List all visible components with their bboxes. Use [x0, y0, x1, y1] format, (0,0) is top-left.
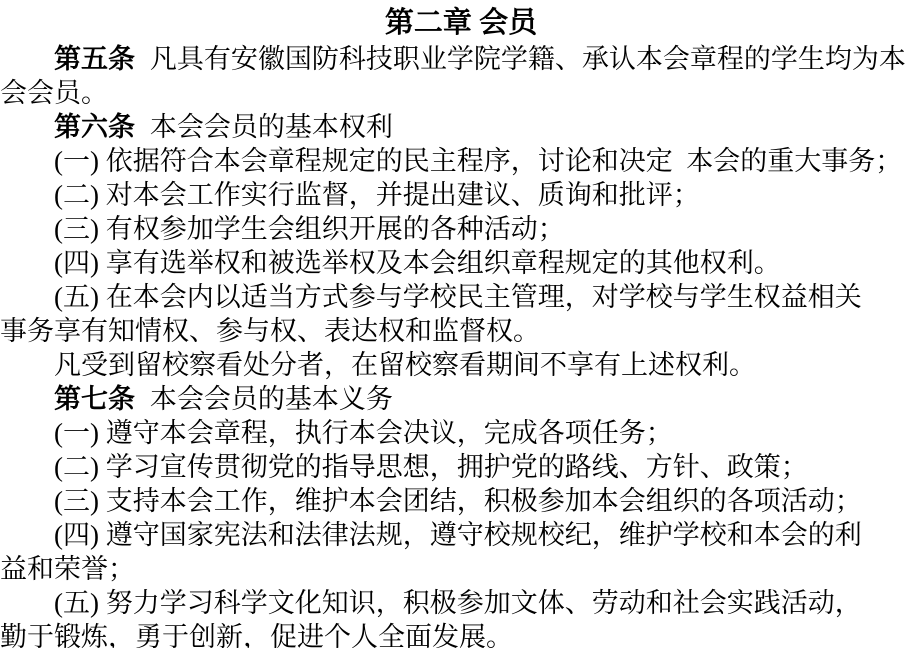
line-text: (四) 遵守国家宪法和法律法规，遵守校规校纪，维护学校和本会的利	[54, 520, 862, 550]
text-line: (二) 对本会工作实行监督，并提出建议、质询和批评；	[0, 178, 922, 212]
line-text: 本会会员的基本权利	[150, 112, 393, 142]
text-line: 会会员。	[0, 76, 922, 110]
text-line: 凡受到留校察看处分者，在留校察看期间不享有上述权利。	[0, 348, 922, 382]
line-text: (二) 对本会工作实行监督，并提出建议、质询和批评；	[54, 180, 700, 210]
line-text: (三) 支持本会工作，维护本会团结，积极参加本会组织的各项活动；	[54, 486, 862, 516]
line-text: 勤于锻炼，勇于创新，促进个人全面发展。	[0, 622, 513, 648]
line-text: (三) 有权参加学生会组织开展的各种活动；	[54, 214, 565, 244]
text-line: (一) 依据符合本会章程规定的民主程序，讨论和决定 本会的重大事务；	[0, 144, 922, 178]
line-text: (四) 享有选举权和被选举权及本会组织章程规定的其他权利。	[54, 248, 781, 278]
text-line: (四) 享有选举权和被选举权及本会组织章程规定的其他权利。	[0, 246, 922, 280]
text-line: 勤于锻炼，勇于创新，促进个人全面发展。	[0, 620, 922, 648]
line-text: (一) 依据符合本会章程规定的民主程序，讨论和决定 本会的重大事务；	[54, 146, 902, 176]
chapter-title: 第二章 会员	[0, 4, 922, 42]
line-text: (五) 努力学习科学文化知识，积极参加文体、劳动和社会实践活动，	[54, 588, 862, 618]
line-text: (五) 在本会内以适当方式参与学校民主管理，对学校与学生权益相关	[54, 282, 862, 312]
text-line: (二) 学习宣传贯彻党的指导思想，拥护党的路线、方针、政策；	[0, 450, 922, 484]
text-line: 事务享有知情权、参与权、表达权和监督权。	[0, 314, 922, 348]
line-text: 本会会员的基本义务	[150, 384, 393, 414]
text-line: (四) 遵守国家宪法和法律法规，遵守校规校纪，维护学校和本会的利	[0, 518, 922, 552]
line-text: 益和荣誉；	[0, 554, 135, 584]
text-line: (三) 有权参加学生会组织开展的各种活动；	[0, 212, 922, 246]
line-text: (二) 学习宣传贯彻党的指导思想，拥护党的路线、方针、政策；	[54, 452, 808, 482]
document-body: 第五条凡具有安徽国防科技职业学院学籍、承认本会章程的学生均为本会会员。第六条本会…	[0, 42, 922, 648]
line-text: (一) 遵守本会章程，执行本会决议，完成各项任务；	[54, 418, 673, 448]
text-line: 第六条本会会员的基本权利	[0, 110, 922, 144]
line-text: 凡具有安徽国防科技职业学院学籍、承认本会章程的学生均为本	[150, 44, 906, 74]
document-page: 第二章 会员 第五条凡具有安徽国防科技职业学院学籍、承认本会章程的学生均为本会会…	[0, 0, 922, 648]
article-number: 第五条	[54, 44, 135, 74]
line-text: 会会员。	[0, 78, 108, 108]
article-number: 第七条	[54, 384, 135, 414]
text-line: 第五条凡具有安徽国防科技职业学院学籍、承认本会章程的学生均为本	[0, 42, 922, 76]
article-number: 第六条	[54, 112, 135, 142]
text-line: (一) 遵守本会章程，执行本会决议，完成各项任务；	[0, 416, 922, 450]
text-line: (五) 努力学习科学文化知识，积极参加文体、劳动和社会实践活动，	[0, 586, 922, 620]
line-text: 事务享有知情权、参与权、表达权和监督权。	[0, 316, 540, 346]
text-line: (五) 在本会内以适当方式参与学校民主管理，对学校与学生权益相关	[0, 280, 922, 314]
line-text: 凡受到留校察看处分者，在留校察看期间不享有上述权利。	[54, 350, 756, 380]
text-line: 益和荣誉；	[0, 552, 922, 586]
text-line: 第七条本会会员的基本义务	[0, 382, 922, 416]
text-line: (三) 支持本会工作，维护本会团结，积极参加本会组织的各项活动；	[0, 484, 922, 518]
